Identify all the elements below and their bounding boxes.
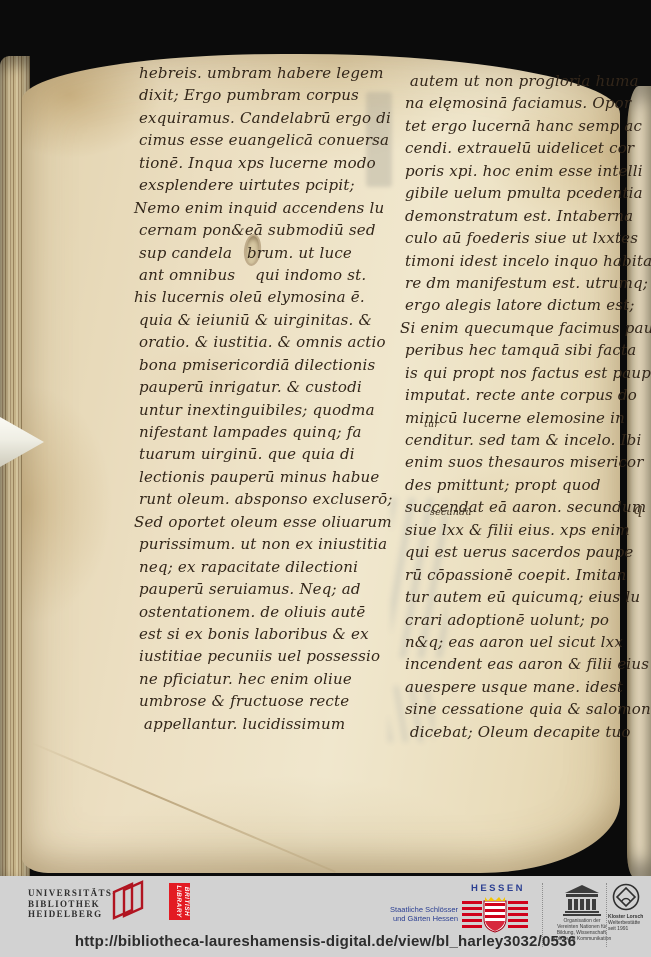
manuscript-line: ostentationem. de oliuis autē (134, 601, 424, 623)
source-url-caption: http://bibliotheca-laureshamensis-digita… (0, 933, 651, 950)
manuscript-line: exquiramus. Candelabrū ergo di (134, 107, 424, 129)
manuscript-line: peribus hec tamquā sibi facta (400, 339, 650, 361)
british-library-wordmark: BRITISHLIBRARY (169, 883, 190, 920)
manuscript-line: pauperū inrigatur. & custodi (134, 376, 424, 398)
manuscript-line: ne pficiatur. hec enim oliue (134, 668, 424, 690)
unesco-temple-icon (563, 885, 601, 916)
manuscript-line: cendi. extrauelū uidelicet cor (400, 137, 650, 159)
manuscript-line: cimus esse euangelicā conuersa (134, 129, 424, 151)
manuscript-line: re dm manifestum est. utrumq; (400, 272, 650, 294)
manuscript-line: oratio. & iustitia. & omnis actio (134, 331, 424, 353)
manuscript-line: incendent eas aaron & filii eius (400, 653, 650, 675)
branding-footer: UNIVERSITÄTS-BIBLIOTHEKHEIDELBERG BRITIS… (0, 876, 651, 957)
manuscript-line: hebreis. umbram habere legem (134, 62, 424, 84)
manuscript-line: culo aū foederis siue ut lxxtes (400, 227, 650, 249)
manuscript-line: lectionis pauperū minus habue (134, 466, 424, 488)
manuscript-line: n&q; eas aaron uel sicut lxx (400, 631, 650, 653)
manuscript-line: siue lxx & filii eius. xps enim (400, 519, 650, 541)
manuscript-line: auespere usque mane. idest (400, 676, 650, 698)
manuscript-line: cenditur. sed tam & incelo. Ibi (400, 429, 650, 451)
kloster-lorsch-seal-icon (612, 883, 640, 911)
hessen-caption-line: und Gärten Hessen (350, 914, 458, 923)
manuscript-line: quia & ieiuniū & uirginitas. & (134, 309, 424, 331)
kloster-lorsch-caption-line: seit 1991 (608, 926, 651, 932)
manuscript-line: nifestant lampades quinq; fa (134, 421, 424, 443)
manuscript-line: sup candela brum. ut luce (134, 242, 424, 264)
manuscript-line: timoni idest incelo inquo habita (400, 250, 650, 272)
british-library-word: BRITISH (183, 883, 191, 920)
manuscript-line: crari adoptionē uolunt; po (400, 609, 650, 631)
hessen-coat-of-arms-icon (462, 895, 528, 933)
manuscript-line: poris xpi. hoc enim esse intelli (400, 160, 650, 182)
heidelberg-wordmark-line: UNIVERSITÄTS- (28, 888, 117, 899)
manuscript-line: neq; ex rapacitate dilectioni (134, 556, 424, 578)
manuscript-line: runt oleum. absponso excluserō; (134, 488, 424, 510)
digitized-manuscript-viewer: hebreis. umbram habere legem dixit; Ergo… (0, 0, 651, 957)
manuscript-line: is qui propt nos factus est paup (400, 362, 650, 384)
heidelberg-library-wordmark: UNIVERSITÄTS-BIBLIOTHEKHEIDELBERG (28, 888, 117, 920)
manuscript-line: untur inextinguibiles; quodma (134, 399, 424, 421)
adjacent-page-text-fragment: q (633, 500, 643, 518)
manuscript-line: est si ex bonis laboribus & ex (134, 623, 424, 645)
manuscript-line: Nemo enim inquid accendens lu (134, 197, 424, 219)
manuscript-line: tet ergo lucernā hanc semp ac (400, 115, 650, 137)
manuscript-line: ergo alegis latore dictum est; (400, 294, 650, 316)
kloster-lorsch-caption: Kloster LorschWelterbestätteseit 1991 (608, 914, 651, 932)
manuscript-line: na elęmosinā faciamus. Opor (400, 92, 650, 114)
interlinear-gloss: secundū (430, 507, 472, 518)
manuscript-line: autem ut non progloria huma (400, 70, 650, 92)
manuscript-right-column: autem ut non progloria huma na elęmosinā… (400, 70, 650, 743)
manuscript-line: iustitiae pecuniis uel possessio (134, 645, 424, 667)
manuscript-line: dixit; Ergo pumbram corpus (134, 84, 424, 106)
hessen-schloesser-caption: Staatliche Schlösserund Gärten Hessen (350, 905, 458, 923)
heidelberg-wordmark-line: HEIDELBERG (28, 909, 117, 920)
interlinear-gloss: tur (424, 419, 439, 430)
manuscript-line: appellantur. lucidissimum (134, 713, 424, 735)
manuscript-line: ant omnibus qui indomo st. (134, 264, 424, 286)
manuscript-line: Sed oportet oleum esse oliuarum (134, 511, 424, 533)
manuscript-line: exsplendere uirtutes pcipit; (134, 174, 424, 196)
manuscript-left-column: hebreis. umbram habere legem dixit; Ergo… (134, 62, 424, 735)
manuscript-line: bona pmisericordiā dilectionis (134, 354, 424, 376)
manuscript-line: dicebat; Oleum decapite tuo (400, 721, 650, 743)
hessen-caption-line: Staatliche Schlösser (350, 905, 458, 914)
manuscript-line: gibile uelum pmulta pcedentia (400, 182, 650, 204)
british-library-word: LIBRARY (175, 883, 183, 920)
manuscript-line: his lucernis oleū elymosina ē. (134, 286, 424, 308)
manuscript-line: tur autem eū quicumq; eius lu (400, 586, 650, 608)
hessen-wordmark: HESSEN (466, 883, 530, 894)
manuscript-line: tionē. Inqua xps lucerne modo (134, 152, 424, 174)
manuscript-line: qui est uerus sacerdos paupe (400, 541, 650, 563)
british-library-logo: BRITISHLIBRARY (169, 883, 190, 920)
manuscript-line: umbrose & fructuose recte (134, 690, 424, 712)
manuscript-line: imputat. recte ante corpus do (400, 384, 650, 406)
heidelberg-wordmark-line: BIBLIOTHEK (28, 899, 117, 910)
manuscript-line: sine cessatione quia & salomon (400, 698, 650, 720)
manuscript-line: cernam pon&eā submodiū sed (134, 219, 424, 241)
manuscript-line: demonstratum est. Intaberna (400, 205, 650, 227)
manuscript-line: purissimum. ut non ex iniustitia (134, 533, 424, 555)
manuscript-line: Si enim quecumque facimus pau (400, 317, 650, 339)
manuscript-line: enim suos thesauros misericor (400, 451, 650, 473)
heidelberg-books-icon (106, 880, 152, 924)
manuscript-line: rū cōpassionē coepit. Imitan (400, 564, 650, 586)
manuscript-line: des pmittunt; propt quod (400, 474, 650, 496)
manuscript-line: pauperū seruiamus. Neq; ad (134, 578, 424, 600)
manuscript-line: tuarum uirginū. que quia di (134, 443, 424, 465)
